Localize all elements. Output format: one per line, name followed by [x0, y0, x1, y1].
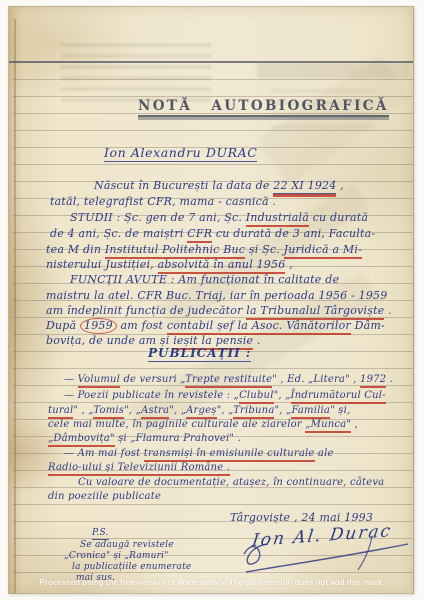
text-segment: Astra [141, 405, 169, 419]
text-segment: " , Ed. „Litera" , [272, 374, 360, 385]
text-segment: Industrială [246, 211, 309, 227]
text-segment: , [336, 179, 343, 192]
text-segment: ale [315, 448, 334, 459]
publication-line: tural" , „Tomis", „Astra", „Argeș", „Tri… [48, 405, 350, 417]
text-segment: tea M din [46, 243, 105, 256]
text-segment: am fost [117, 319, 167, 332]
text-segment: maistru la atel. CFR Buc. Triaj, iar în … [46, 289, 387, 302]
text-segment: — Am mai fost [64, 448, 144, 459]
publication-line: cele mai multe, în paginile culturale al… [48, 419, 358, 431]
text-segment: absolvită în anul 1956 [158, 258, 286, 274]
text-segment: Tomis [93, 405, 124, 419]
text-segment: Tribuna [233, 405, 274, 419]
text-segment: . [253, 334, 260, 347]
ps-line: Se adaugă revistele [80, 540, 174, 550]
text-segment: și „Flamura Prahovei" . [115, 433, 241, 444]
text-segment: „Munca" [305, 419, 351, 433]
text-segment: Juridică a Mi- [284, 243, 362, 259]
text-segment: 1959 [80, 318, 117, 334]
body-line: Născut în București la data de 22 XI 192… [94, 179, 344, 192]
text-segment: " , „ [73, 405, 93, 416]
text-segment: ", „ [274, 390, 291, 401]
publication-line: „Dâmbovița" și „Flamura Prahovei" . [48, 433, 241, 445]
text-segment: tatăl, telegrafist CFR, mama - casnică . [50, 195, 276, 208]
text-segment: „Dâmbovița" [48, 433, 115, 447]
text-segment: CFR [187, 227, 212, 243]
text-segment: la Tribunalul Târgoviște [246, 304, 384, 320]
body-line: STUDII : Șc. gen de 7 ani, Șc. Industria… [70, 211, 368, 224]
text-segment: STUDII : Șc. gen de 7 ani, Șc. [70, 211, 246, 224]
text-segment: , [285, 258, 292, 271]
text-segment: Argeș [186, 405, 216, 419]
text-segment: " și, [330, 405, 350, 416]
text-segment: cu durată [309, 211, 368, 224]
text-segment: Născut în București la data de [94, 179, 273, 192]
text-segment: Trepte restituite [185, 374, 272, 388]
text-segment: — [64, 374, 78, 385]
ps-line: P.S. [92, 528, 109, 538]
body-line: Cu valoare de documentație, atașez, în c… [78, 477, 384, 489]
text-segment: Cu valoare de documentație, atașez, în c… [78, 477, 384, 488]
text-segment: și Șc. [245, 243, 283, 256]
text-segment: din poeziile publicate [48, 491, 161, 502]
text-segment: cu durată de 3 ani, Faculta- [212, 227, 375, 240]
text-segment: ", „ [124, 405, 141, 416]
text-segment: NOTĂ AUTOBIOGRAFICĂ [138, 98, 389, 117]
text-segment: tural [48, 405, 73, 419]
text-segment: contabil șef la Asoc. Vânătorilor [167, 319, 351, 335]
text-segment: Familia [291, 405, 330, 419]
ps-line: „Cronica" și „Ramuri" [64, 551, 169, 561]
body-line: tea M din Institutul Politehnic Buc și Ș… [46, 243, 362, 256]
watermark-text: Processed using the free version of Wate… [0, 578, 424, 587]
text-segment: ", „ [169, 405, 186, 416]
body-line: FUNCȚII AVUTE : Am funcționat în calitat… [70, 273, 339, 286]
text-segment: 22 XI 1924 [273, 179, 336, 194]
text-segment: . [384, 304, 391, 317]
section-heading: PUBLICAȚII : [148, 347, 251, 360]
manuscript: NOTĂ AUTOBIOGRAFICĂIon Alexandru DURACNă… [0, 0, 424, 600]
text-segment: Ion Alexandru DURAC [104, 145, 257, 162]
author-name: Ion Alexandru DURAC [104, 146, 257, 159]
text-segment: ", „ [274, 405, 291, 416]
text-segment: , [351, 419, 358, 430]
publication-line: — Volumul de versuri „Trepte restituite"… [64, 374, 393, 386]
body-line: tatăl, telegrafist CFR, mama - casnică . [50, 195, 276, 208]
text-segment: Dâm- [351, 319, 385, 332]
text-segment: nisterului Justiției, [46, 258, 158, 271]
text-segment: P.S. [92, 528, 109, 540]
text-segment: am îndeplinit funcția de judecător [46, 304, 246, 317]
body-line: de 4 ani, Șc. de maiștri CFR cu durată d… [50, 227, 375, 240]
body-line: După 1959 am fost contabil șef la Asoc. … [46, 319, 385, 332]
text-segment: la publicațiile enumerate [72, 562, 191, 572]
text-segment: de 4 ani, Șc. de maiștri [50, 227, 187, 240]
publication-line: — Poezii publicate în revistele : „Clubu… [64, 390, 386, 402]
scanned-document: NOTĂ AUTOBIOGRAFICĂIon Alexandru DURACNă… [0, 0, 424, 600]
text-segment: „Cronica" și „Ramuri" [64, 551, 169, 561]
text-segment: PUBLICAȚII : [148, 346, 251, 362]
body-line: maistru la atel. CFR Buc. Triaj, iar în … [46, 289, 387, 302]
body-line: nisterului Justiției, absolvită în anul … [46, 258, 293, 271]
text-segment: — Poezii publicate în revistele : „ [64, 390, 239, 401]
text-segment: Îndrumătorul Cul- [291, 390, 386, 404]
text-segment: cele mai multe, în paginile culturale al… [48, 419, 305, 430]
text-segment: . [386, 374, 393, 385]
text-segment: 1972 [360, 374, 386, 388]
body-line: din poeziile publicate [48, 491, 161, 503]
text-segment: ", „ [217, 405, 234, 416]
document-title: NOTĂ AUTOBIOGRAFICĂ [138, 100, 389, 113]
text-segment: de versuri „ [120, 374, 185, 385]
text-segment: FUNCȚII AVUTE : Am funcționat în calitat… [70, 273, 339, 286]
body-line: am îndeplinit funcția de judecător la Tr… [46, 304, 392, 317]
signature: Ion Al. Durac [238, 520, 413, 580]
text-segment: După [46, 319, 80, 332]
text-segment: Institutul Politehnic Buc [105, 243, 245, 259]
text-segment: Radio-ului și Televiziunii Române . [48, 462, 230, 476]
publication-line: — Am mai fost transmiși în emisiunile cu… [64, 448, 334, 460]
publication-line: Radio-ului și Televiziunii Române . [48, 462, 230, 474]
text-segment: transmiși în emisiunile culturale [144, 448, 315, 462]
ps-line: la publicațiile enumerate [72, 562, 191, 572]
text-segment: Se adaugă revistele [80, 540, 174, 550]
text-segment: Clubul [239, 390, 274, 404]
text-segment: Volumul [78, 374, 120, 388]
